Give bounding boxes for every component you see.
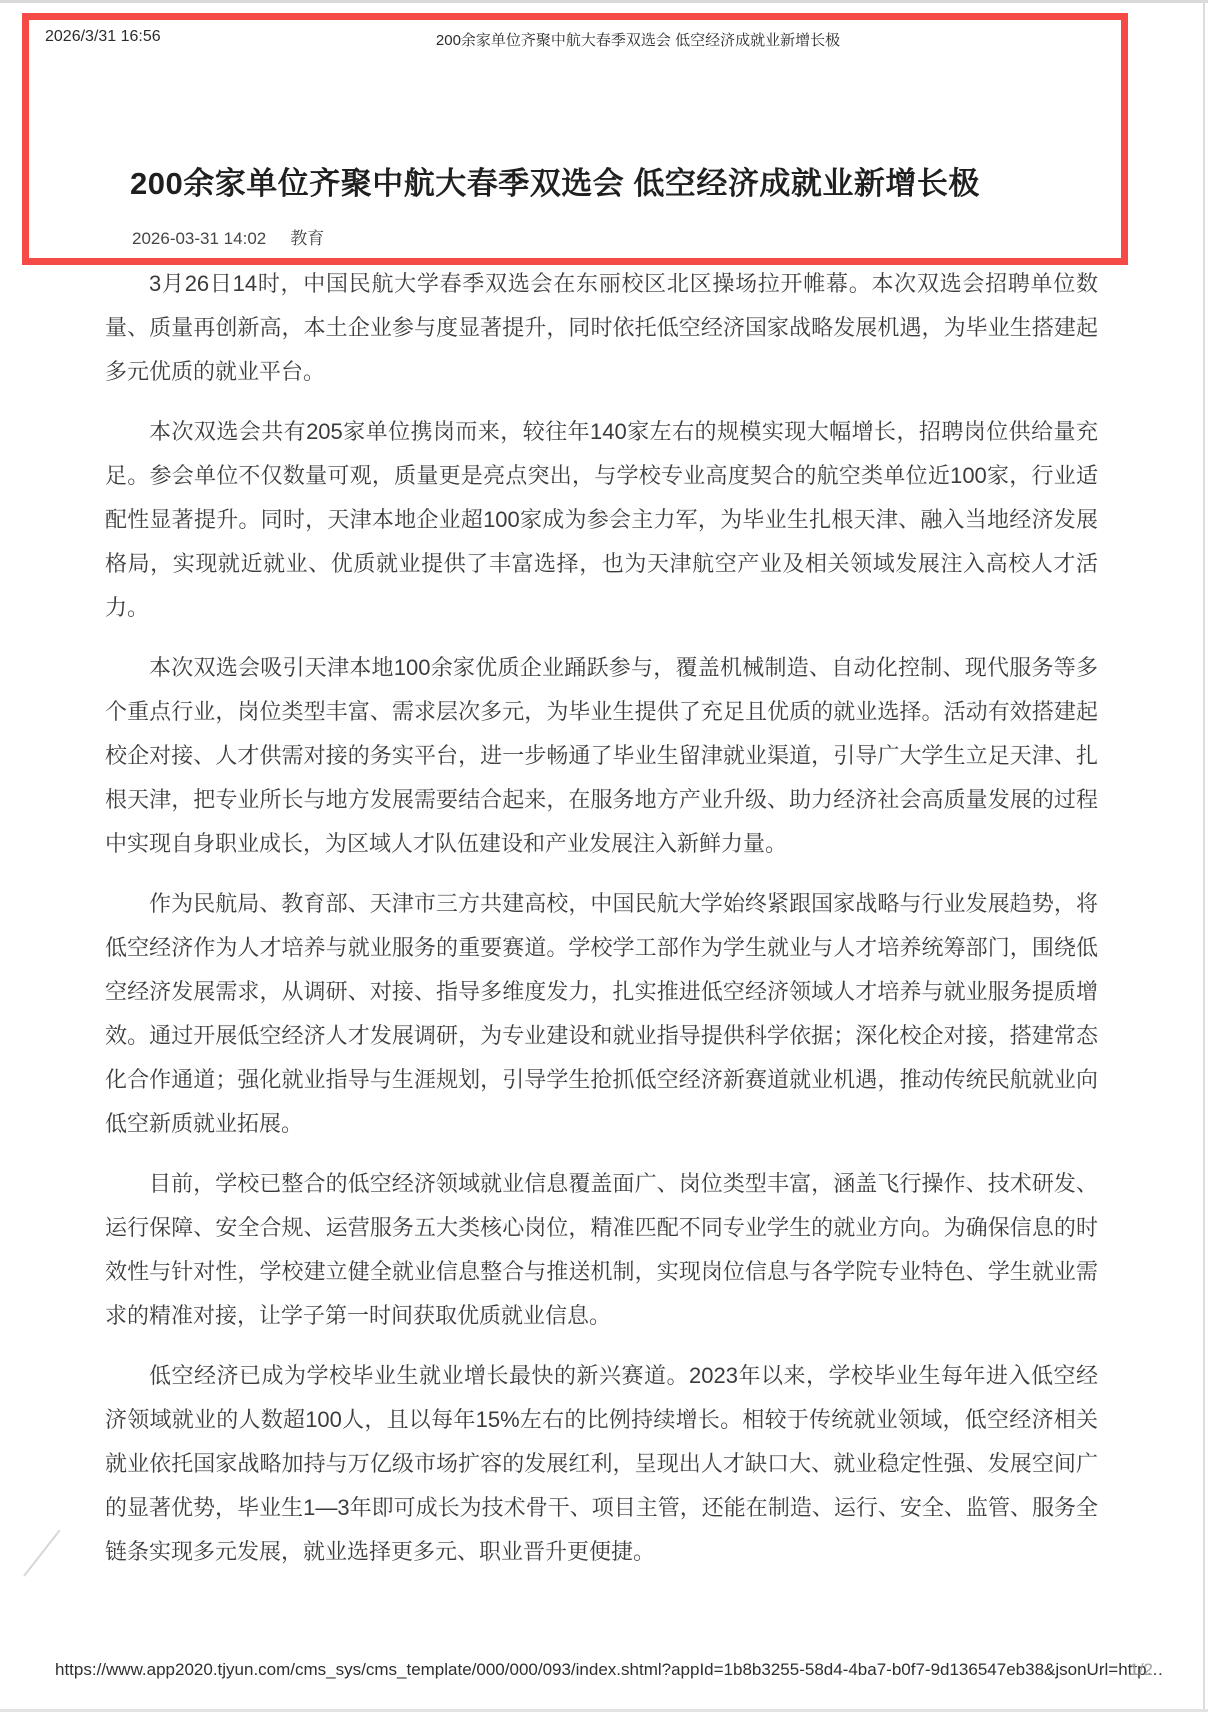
print-doc-title: 200余家单位齐聚中航大春季双选会 低空经济成就业新增长极 <box>34 29 1208 50</box>
page-indicator: 1/2 <box>1129 1660 1153 1680</box>
print-preview-page: 2026/3/31 16:56 200余家单位齐聚中航大春季双选会 低空经济成就… <box>0 0 1208 1712</box>
source-url: https://www.app2020.tjyun.com/cms_sys/cm… <box>55 1660 1164 1680</box>
article-paragraph: 3月26日14时，中国民航大学春季双选会在东丽校区北区操场拉开帷幕。本次双选会招… <box>105 262 1098 394</box>
article-paragraph: 目前，学校已整合的低空经济领域就业信息覆盖面广、岗位类型丰富，涵盖飞行操作、技术… <box>105 1162 1098 1338</box>
article-meta: 2026-03-31 14:02教育 <box>132 224 324 249</box>
article-paragraph: 作为民航局、教育部、天津市三方共建高校，中国民航大学始终紧跟国家战略与行业发展趋… <box>105 882 1098 1146</box>
article-paragraph: 低空经济已成为学校毕业生就业增长最快的新兴赛道。2023年以来，学校毕业生每年进… <box>105 1354 1098 1574</box>
print-footer: https://www.app2020.tjyun.com/cms_sys/cm… <box>0 1660 1208 1684</box>
article-title: 200余家单位齐聚中航大春季双选会 低空经济成就业新增长极 <box>130 158 1090 203</box>
publish-time: 2026-03-31 14:02 <box>132 229 266 248</box>
article-body: 3月26日14时，中国民航大学春季双选会在东丽校区北区操场拉开帷幕。本次双选会招… <box>105 262 1098 1590</box>
stray-pen-mark <box>23 1530 60 1577</box>
category-label: 教育 <box>290 229 324 248</box>
article-paragraph: 本次双选会共有205家单位携岗而来，较往年140家左右的规模实现大幅增长，招聘岗… <box>105 410 1098 630</box>
page-top-edge <box>0 0 1208 3</box>
print-header: 2026/3/31 16:56 200余家单位齐聚中航大春季双选会 低空经济成就… <box>0 28 1208 50</box>
page-right-edge <box>1203 0 1205 1712</box>
article-paragraph: 本次双选会吸引天津本地100余家优质企业踊跃参与，覆盖机械制造、自动化控制、现代… <box>105 646 1098 866</box>
